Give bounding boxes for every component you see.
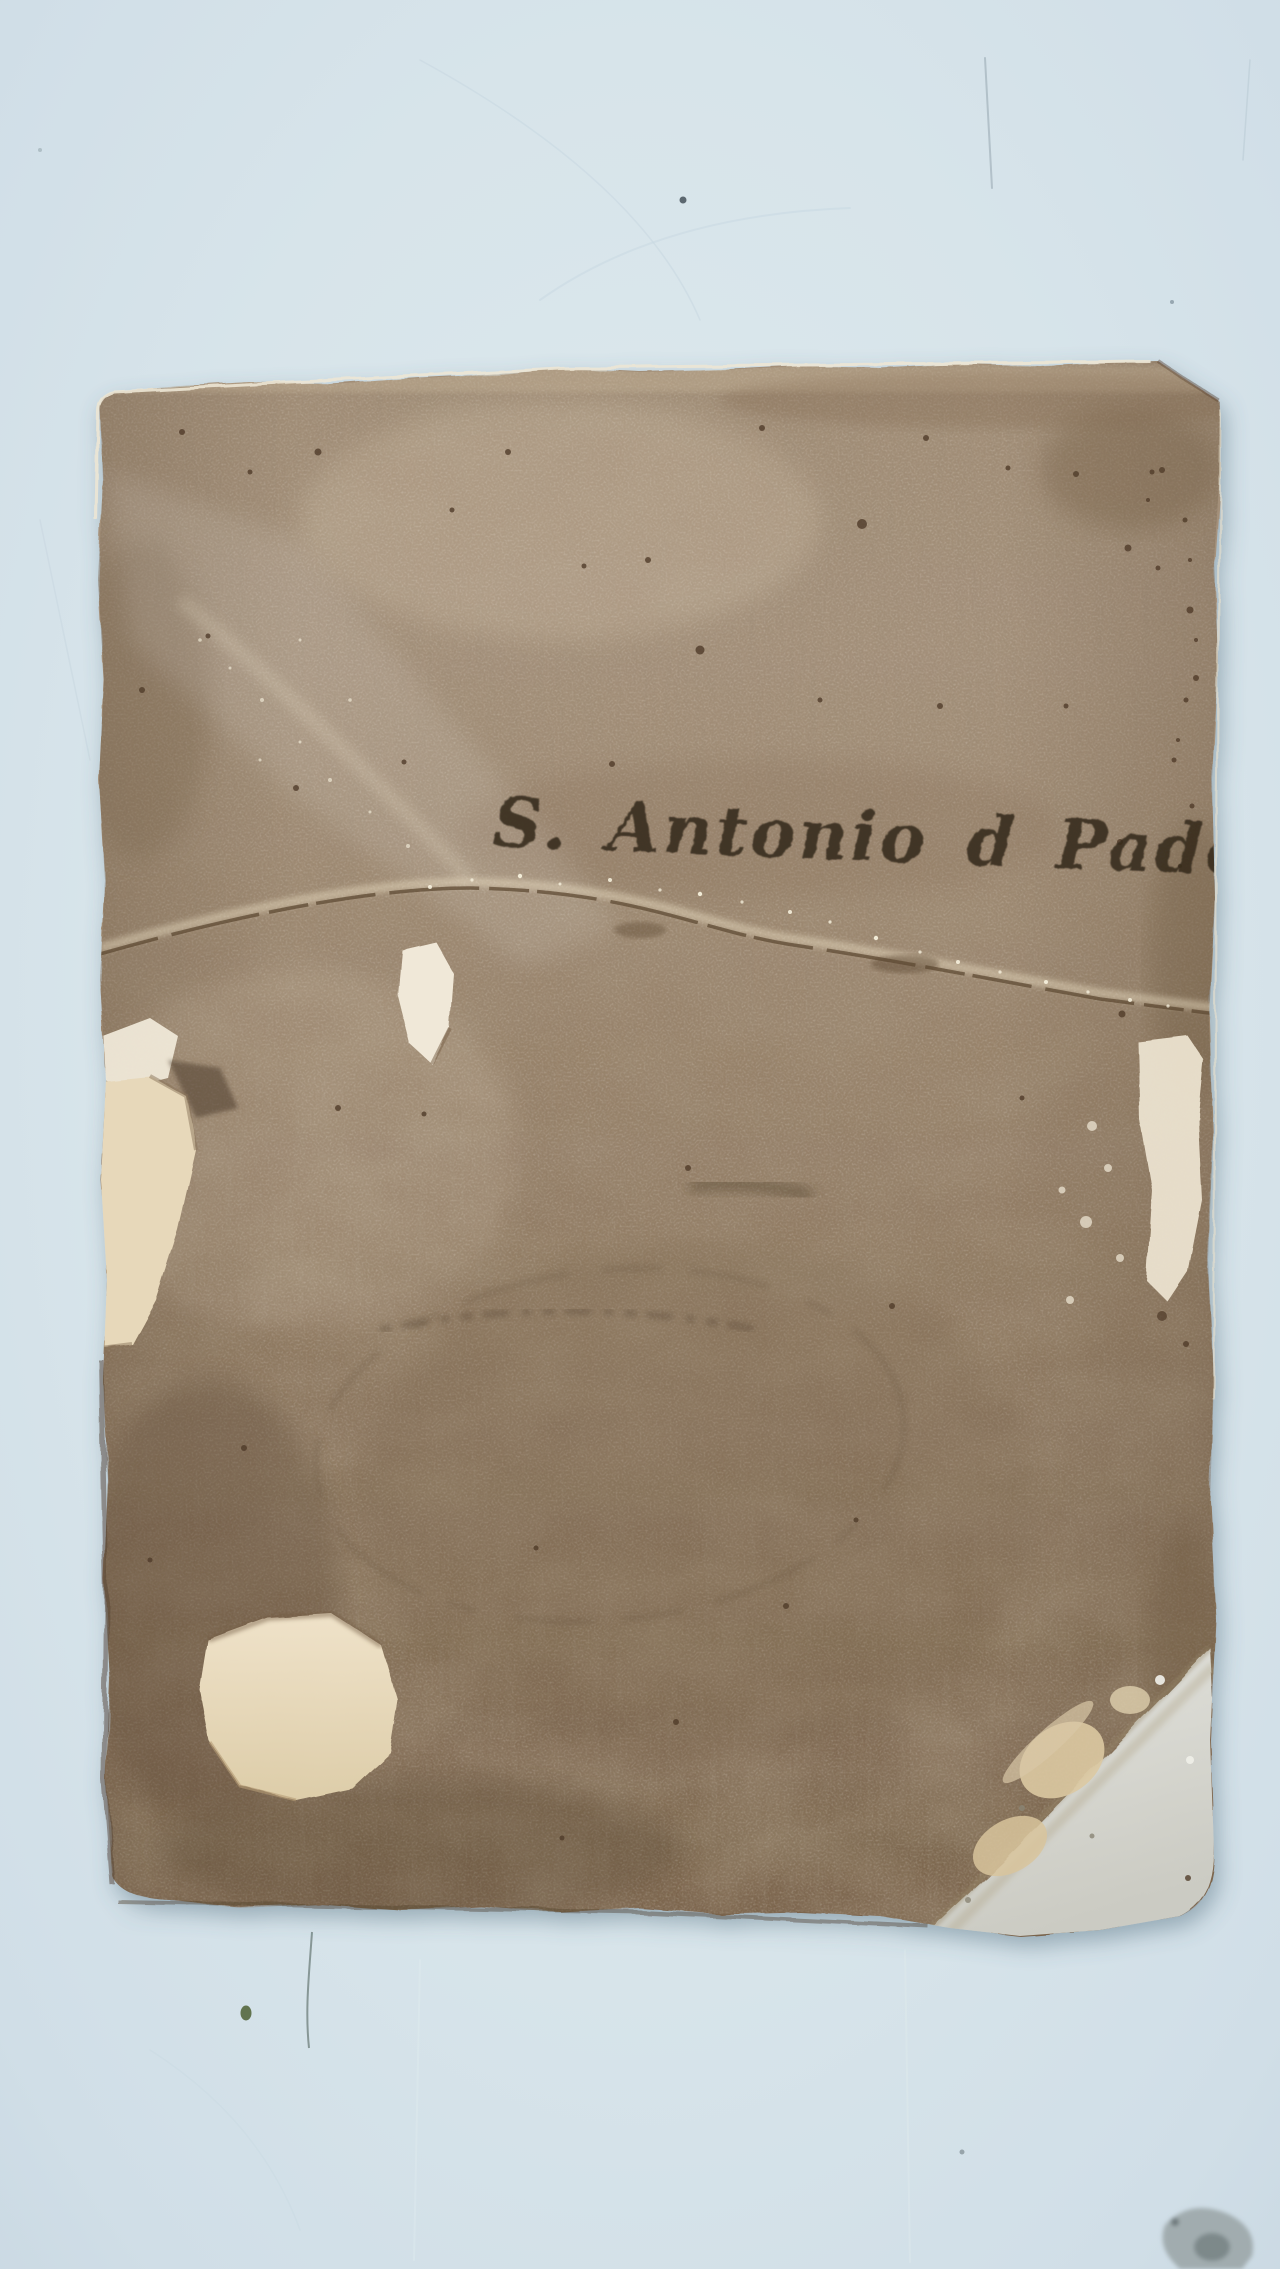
photo-background: S. Antonio d Padoa: [0, 0, 1280, 2269]
panel: S. Antonio d Padoa: [70, 350, 1280, 1950]
dust-speck: [680, 197, 687, 204]
photo-image: S. Antonio d Padoa: [0, 0, 1280, 2269]
green-speck: [241, 2006, 252, 2021]
bottom-left-loss-chip: [200, 1614, 398, 1800]
